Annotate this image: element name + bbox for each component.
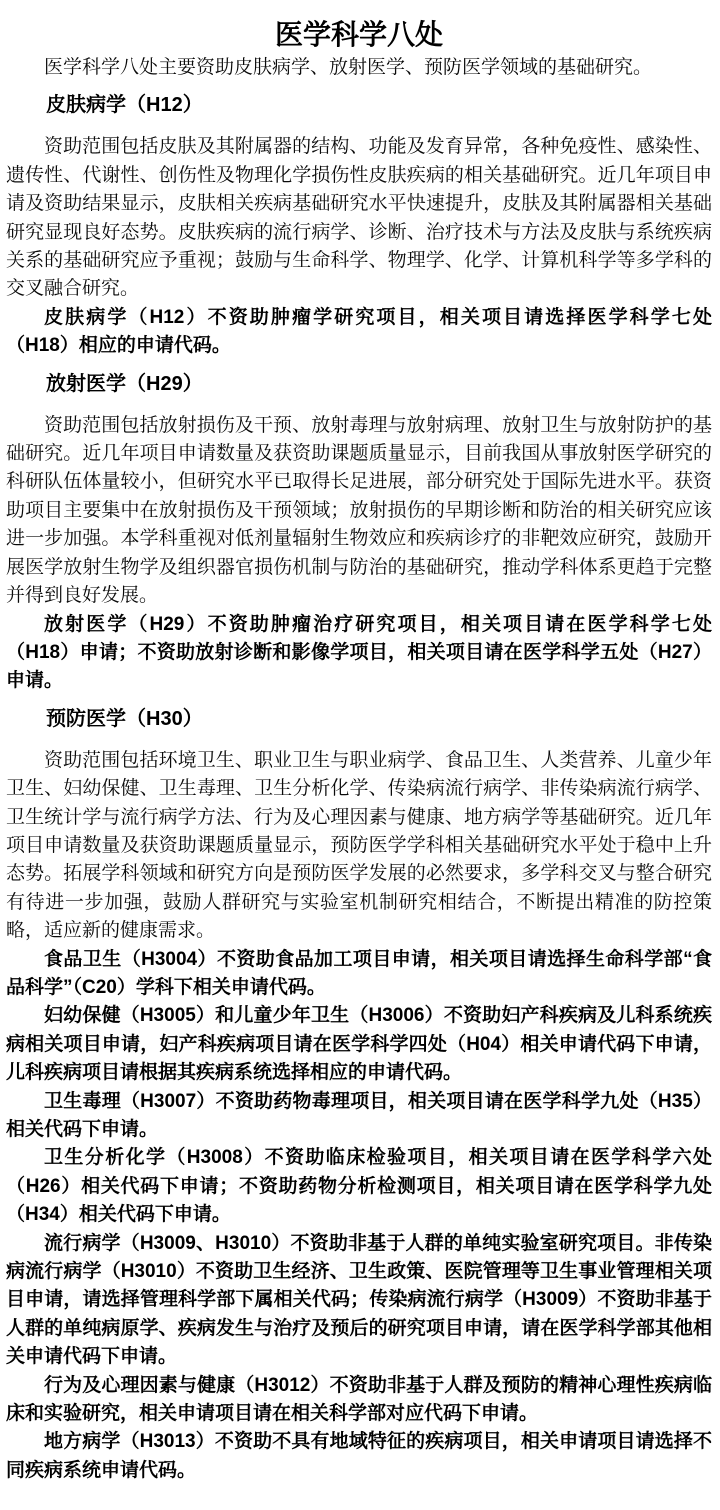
- funding-restriction-note: 妇幼保健（H3005）和儿童少年卫生（H3006）不资助妇产科疾病及儿科系统疾病…: [6, 1002, 712, 1087]
- body-paragraph: 资助范围包括环境卫生、职业卫生与职业病学、食品卫生、人类营养、儿童少年卫生、妇幼…: [6, 747, 712, 946]
- section-radiation-medicine: 放射医学（H29） 资助范围包括放射损伤及干预、放射毒理与放射病理、放射卫生与放…: [6, 369, 712, 696]
- funding-restriction-note: 行为及心理因素与健康（H3012）不资助非基于人群及预防的精神心理性疾病临床和实…: [6, 1372, 712, 1429]
- section-heading: 预防医学（H30）: [6, 704, 712, 734]
- section-heading: 放射医学（H29）: [6, 369, 712, 399]
- funding-restriction-note: 流行病学（H3009、H3010）不资助非基于人群的单纯实验室研究项目。非传染病…: [6, 1230, 712, 1372]
- funding-restriction-note: 食品卫生（H3004）不资助食品加工项目申请，相关项目请选择生命科学部“食品科学…: [6, 946, 712, 1003]
- funding-restriction-note: 卫生毒理（H3007）不资助药物毒理项目，相关项目请在医学科学九处（H35）相关…: [6, 1088, 712, 1145]
- intro-paragraph: 医学科学八处主要资助皮肤病学、放射医学、预防医学领域的基础研究。: [6, 54, 712, 82]
- funding-restriction-note: 皮肤病学（H12）不资助肿瘤学研究项目，相关项目请选择医学科学七处（H18）相应…: [6, 304, 712, 361]
- section-heading: 皮肤病学（H12）: [6, 90, 712, 120]
- funding-restriction-note: 卫生分析化学（H3008）不资助临床检验项目，相关项目请在医学科学六处（H26）…: [6, 1144, 712, 1229]
- section-dermatology: 皮肤病学（H12） 资助范围包括皮肤及其附属器的结构、功能及发育异常，各种免疫性…: [6, 90, 712, 360]
- document-page: 医学科学八处 医学科学八处主要资助皮肤病学、放射医学、预防医学领域的基础研究。 …: [0, 0, 720, 1510]
- page-title: 医学科学八处: [6, 16, 712, 54]
- funding-restriction-note: 放射医学（H29）不资助肿瘤治疗研究项目，相关项目请在医学科学七处（H18）申请…: [6, 611, 712, 696]
- body-paragraph: 资助范围包括皮肤及其附属器的结构、功能及发育异常，各种免疫性、感染性、遗传性、代…: [6, 133, 712, 303]
- funding-restriction-note: 地方病学（H3013）不资助不具有地域特征的疾病项目，相关申请项目请选择不同疾病…: [6, 1428, 712, 1485]
- section-preventive-medicine: 预防医学（H30） 资助范围包括环境卫生、职业卫生与职业病学、食品卫生、人类营养…: [6, 704, 712, 1486]
- body-paragraph: 资助范围包括放射损伤及干预、放射毒理与放射病理、放射卫生与放射防护的基础研究。近…: [6, 412, 712, 611]
